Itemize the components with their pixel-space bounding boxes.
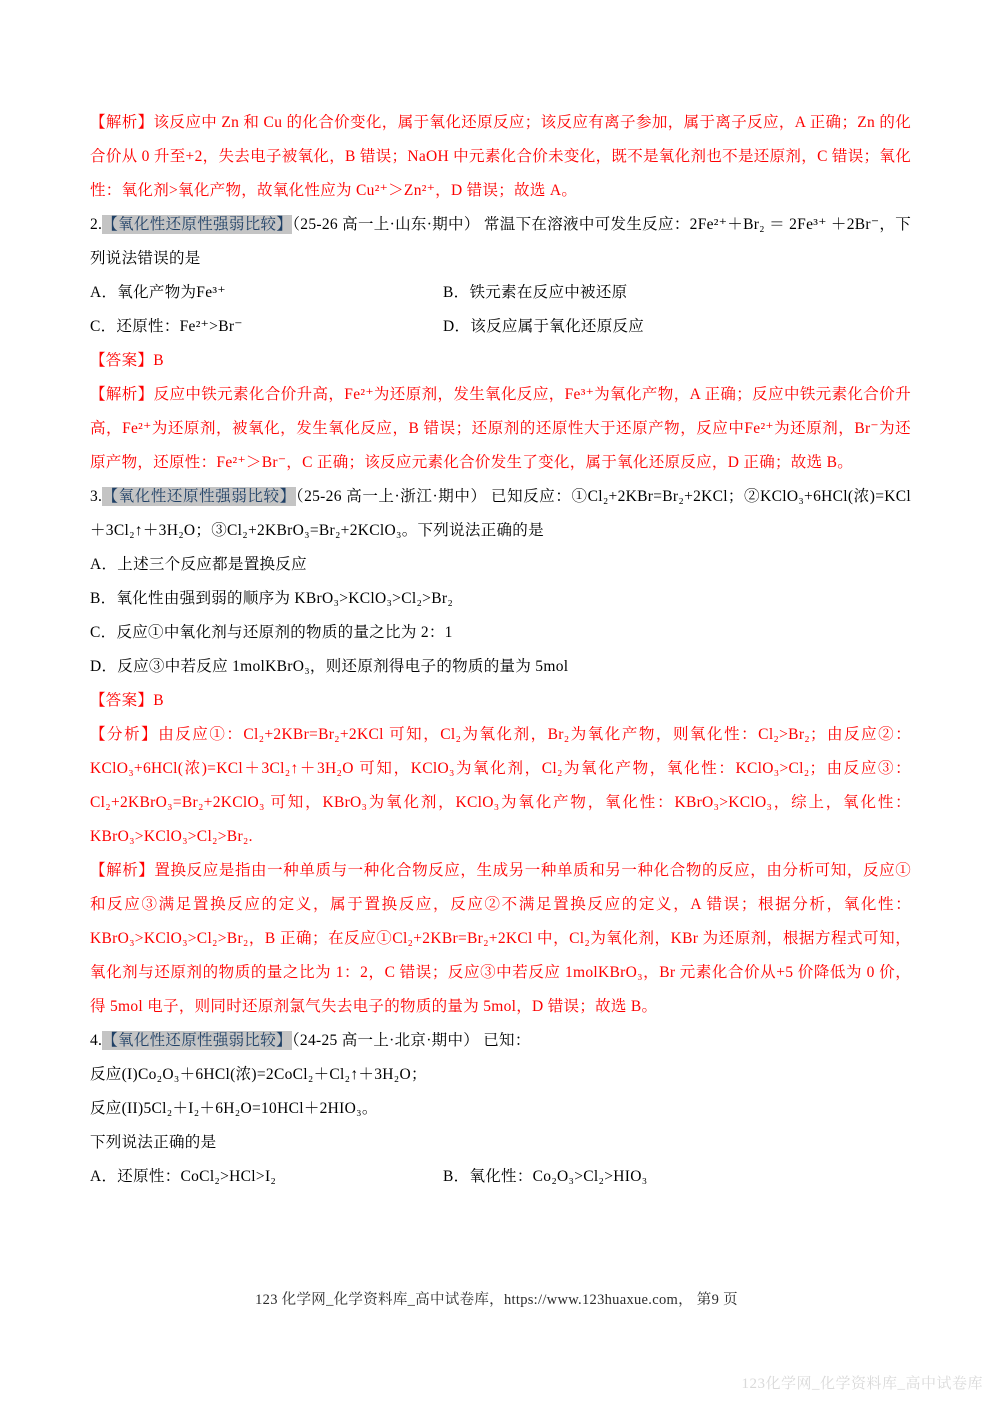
q3-analysis-paragraph: 【解析】置换反应是指由一种单质与一种化合物反应，生成另一种单质和另一种化合物的反… [90, 854, 911, 1024]
q1-analysis-text: 该反应中 Zn 和 Cu 的化合价变化，属于氧化还原反应；该反应有离子参加，属于… [90, 114, 911, 199]
q4-stem-paragraph: 4.【氧化性还原性强弱比较】（24-25 高一上·北京·期中） 已知： [90, 1024, 911, 1058]
q3-option-d: D．反应③中若反应 1molKBrO₃，则还原剂得电子的物质的量为 5mol [90, 650, 911, 684]
analysis-label: 【解析】 [90, 386, 154, 403]
q3-topic-tag: 【氧化性还原性强弱比较】 [102, 487, 296, 506]
q2-answer-value: B [153, 352, 164, 369]
q2-stem-paragraph: 2.【氧化性还原性强弱比较】（25-26 高一上·山东·期中） 常温下在溶液中可… [90, 208, 911, 276]
q4-reaction-1: 反应(I)Co₂O₃＋6HCl(浓)=2CoCl₂＋Cl₂↑＋3H₂O； [90, 1058, 911, 1092]
page-footer: 123 化学网_化学资料库_高中试卷库，https://www.123huaxu… [0, 1288, 993, 1309]
q4-topic-tag: 【氧化性还原性强弱比较】 [102, 1031, 292, 1050]
q4-number: 4. [90, 1032, 102, 1049]
q2-answer-line: 【答案】B [90, 344, 911, 378]
q3-answer-value: B [153, 692, 164, 709]
q3-number: 3. [90, 488, 102, 505]
q4-reaction-2: 反应(II)5Cl₂＋I₂＋6H₂O=10HCl＋2HIO₃。 [90, 1092, 911, 1126]
q2-analysis-paragraph: 【解析】反应中铁元素化合价升高，Fe²⁺为还原剂，发生氧化反应，Fe³⁺为氧化产… [90, 378, 911, 480]
answer-label: 【答案】 [90, 352, 153, 369]
answer-label: 【答案】 [90, 692, 153, 709]
q4-option-a: A．还原性：CoCl₂>HCl>I₂ [90, 1160, 443, 1194]
q4-prompt: 下列说法正确的是 [90, 1126, 911, 1160]
q2-options: A．氧化产物为Fe³⁺ B．铁元素在反应中被还原 C．还原性：Fe²⁺>Br⁻ … [90, 276, 911, 344]
q3-answer-line: 【答案】B [90, 684, 911, 718]
q3-comment-paragraph: 【分析】由反应①：Cl₂+2KBr=Br₂+2KCl 可知，Cl₂为氧化剂，Br… [90, 718, 911, 854]
q3-comment-text: 由反应①：Cl₂+2KBr=Br₂+2KCl 可知，Cl₂为氧化剂，Br₂为氧化… [90, 726, 911, 845]
q3-stem-paragraph: 3.【氧化性还原性强弱比较】（25-26 高一上·浙江·期中） 已知反应：①Cl… [90, 480, 911, 548]
q2-number: 2. [90, 216, 102, 233]
q2-analysis-text: 反应中铁元素化合价升高，Fe²⁺为还原剂，发生氧化反应，Fe³⁺为氧化产物，A … [90, 386, 911, 471]
q2-option-a: A．氧化产物为Fe³⁺ [90, 276, 443, 310]
q3-option-a: A．上述三个反应都是置换反应 [90, 548, 911, 582]
q1-analysis-paragraph: 【解析】该反应中 Zn 和 Cu 的化合价变化，属于氧化还原反应；该反应有离子参… [90, 106, 911, 208]
watermark-text: 123化学网_化学资料库_高中试卷库 [741, 1372, 983, 1393]
analysis-label: 【解析】 [90, 114, 154, 131]
q2-option-c: C．还原性：Fe²⁺>Br⁻ [90, 310, 443, 344]
document-page: 【解析】该反应中 Zn 和 Cu 的化合价变化，属于氧化还原反应；该反应有离子参… [0, 0, 993, 1404]
q3-analysis-text: 置换反应是指由一种单质与一种化合物反应，生成另一种单质和另一种化合物的反应，由分… [90, 862, 911, 1015]
q2-option-b: B．铁元素在反应中被还原 [443, 276, 911, 310]
content-area: 【解析】该反应中 Zn 和 Cu 的化合价变化，属于氧化还原反应；该反应有离子参… [90, 106, 911, 1194]
analysis-label: 【解析】 [90, 862, 154, 879]
q2-topic-tag: 【氧化性还原性强弱比较】 [102, 215, 292, 234]
q3-option-b: B．氧化性由强到弱的顺序为 KBrO₃>KClO₃>Cl₂>Br₂ [90, 582, 911, 616]
comment-label: 【分析】 [90, 726, 158, 743]
q4-options: A．还原性：CoCl₂>HCl>I₂ B．氧化性：Co₂O₃>Cl₂>HIO₃ [90, 1160, 911, 1194]
q4-stem-text: （24-25 高一上·北京·期中） 已知： [292, 1032, 531, 1049]
q4-option-b: B．氧化性：Co₂O₃>Cl₂>HIO₃ [443, 1160, 911, 1194]
q2-option-d: D．该反应属于氧化还原反应 [443, 310, 911, 344]
q3-option-c: C．反应①中氧化剂与还原剂的物质的量之比为 2：1 [90, 616, 911, 650]
